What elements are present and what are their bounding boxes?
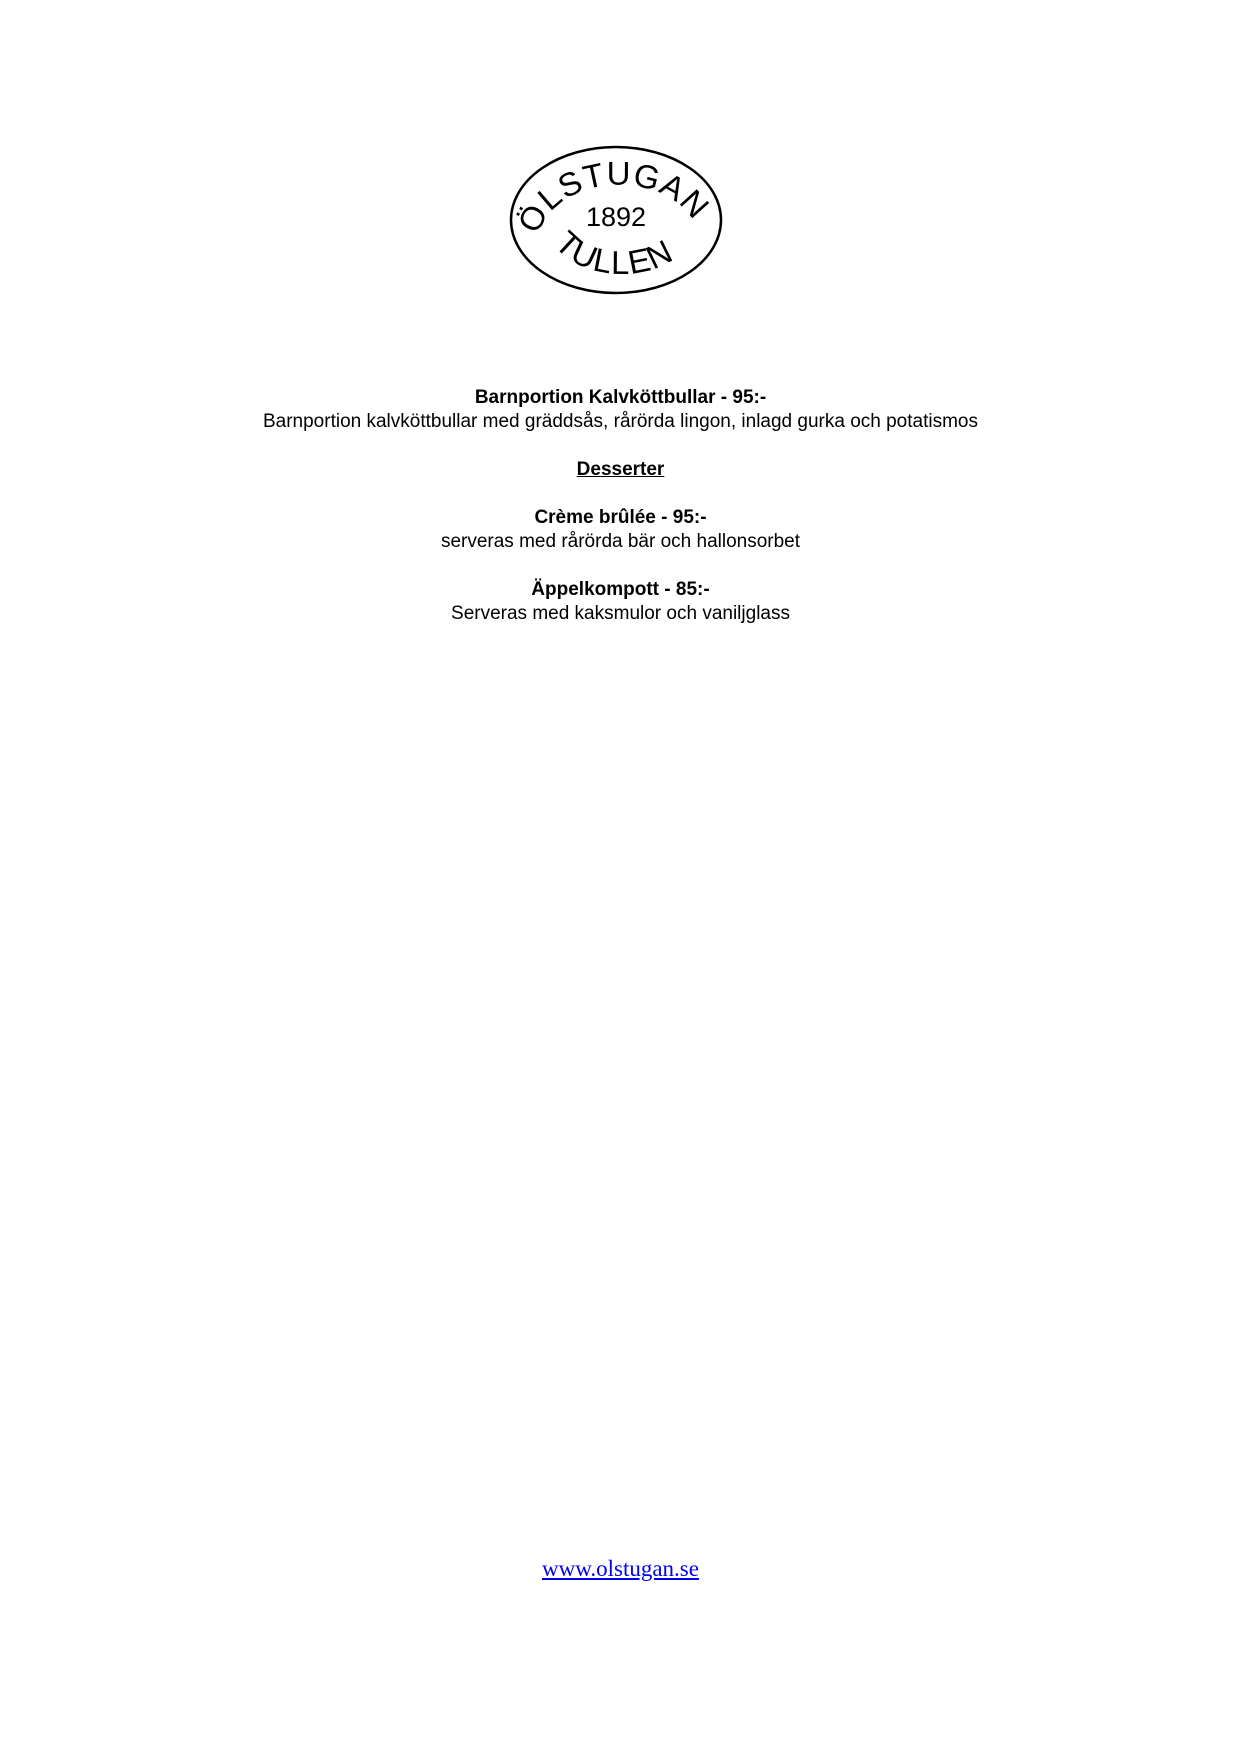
menu-item-dessert: Crème brûlée - 95:- serveras med rårörda… bbox=[0, 506, 1241, 554]
footer: www.olstugan.se bbox=[0, 1556, 1241, 1582]
section-heading-desserts: Desserter bbox=[0, 458, 1241, 482]
website-link[interactable]: www.olstugan.se bbox=[542, 1556, 699, 1581]
menu-item-kids: Barnportion Kalvköttbullar - 95:- Barnpo… bbox=[0, 386, 1241, 434]
restaurant-logo: ÖLSTUGAN 1892 TULLEN bbox=[508, 144, 724, 296]
menu-item-description: serveras med rårörda bär och hallonsorbe… bbox=[0, 530, 1241, 554]
menu-content: Barnportion Kalvköttbullar - 95:- Barnpo… bbox=[0, 386, 1241, 650]
menu-item-title: Äppelkompott - 85:- bbox=[0, 578, 1241, 602]
menu-item-title: Barnportion Kalvköttbullar - 95:- bbox=[0, 386, 1241, 410]
svg-text:1892: 1892 bbox=[586, 202, 646, 232]
menu-item-title: Crème brûlée - 95:- bbox=[0, 506, 1241, 530]
menu-item-description: Serveras med kaksmulor och vaniljglass bbox=[0, 602, 1241, 626]
logo-oval-icon: ÖLSTUGAN 1892 TULLEN bbox=[508, 144, 724, 296]
menu-item-description: Barnportion kalvköttbullar med gräddsås,… bbox=[0, 410, 1241, 434]
svg-text:TULLEN: TULLEN bbox=[549, 224, 679, 281]
menu-item-dessert: Äppelkompott - 85:- Serveras med kaksmul… bbox=[0, 578, 1241, 626]
